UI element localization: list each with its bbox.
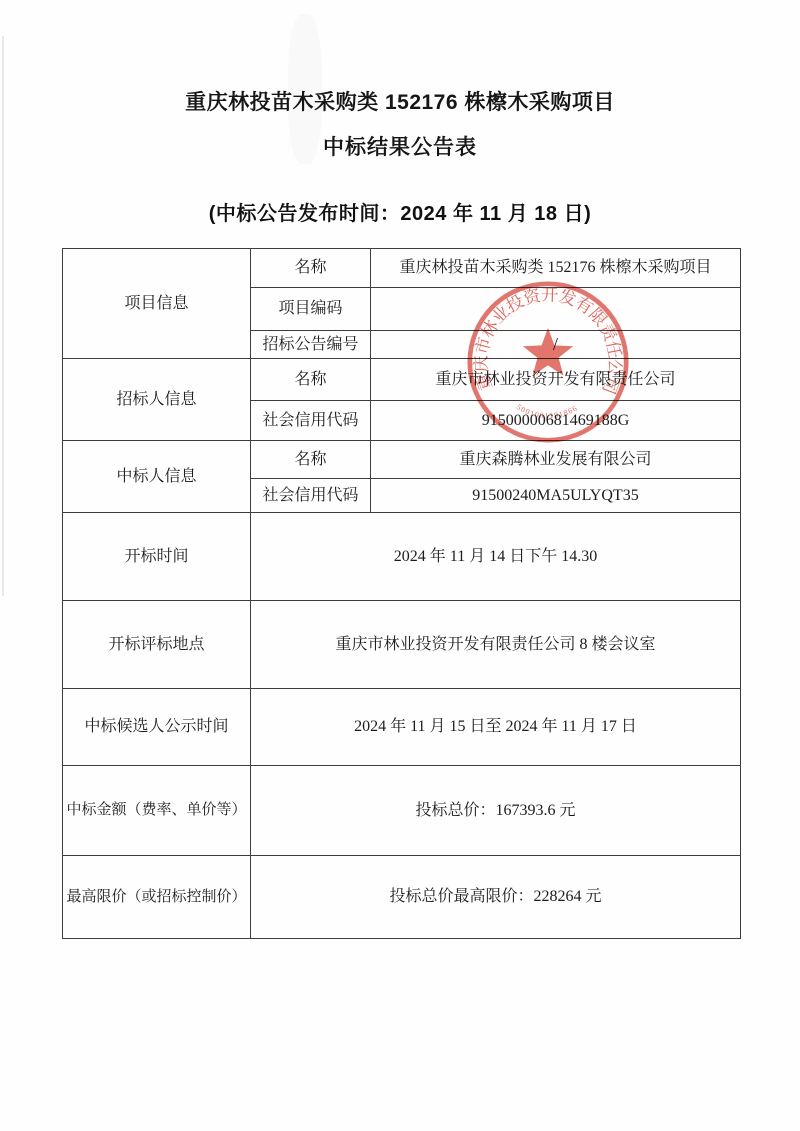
document-page: 重庆林投苗木采购类 152176 株檫木采购项目 中标结果公告表 (中标公告发布… — [0, 0, 800, 1131]
row-label-max-price: 最高限价（或招标控制价） — [62, 855, 251, 939]
sub-label-project-name: 名称 — [250, 248, 371, 288]
document-title: 重庆林投苗木采购类 152176 株檫木采购项目 — [0, 86, 800, 116]
company-seal: 重庆市林业投资开发有限责任公司 5001001191866 — [462, 277, 634, 447]
value-max-price: 投标总价最高限价：228264 元 — [250, 855, 741, 939]
row-label-open-time: 开标时间 — [62, 512, 251, 601]
value-open-time: 2024 年 11 月 14 日下午 14.30 — [250, 512, 741, 601]
result-table: 项目信息 招标人信息 中标人信息 开标时间 开标评标地点 中标候选人公示时间 中… — [62, 248, 741, 939]
sub-label-notice-number: 招标公告编号 — [250, 330, 371, 359]
value-award-amount: 投标总价：167393.6 元 — [250, 765, 741, 856]
sub-label-tenderer-credit: 社会信用代码 — [250, 400, 371, 441]
value-location: 重庆市林业投资开发有限责任公司 8 楼会议室 — [250, 600, 741, 689]
star-icon — [523, 328, 573, 376]
value-publicity-time: 2024 年 11 月 15 日至 2024 年 11 月 17 日 — [250, 688, 741, 766]
scan-artifact-streak — [2, 36, 4, 596]
sub-label-winner-credit: 社会信用代码 — [250, 478, 371, 513]
row-label-award-amount: 中标金额（费率、单价等） — [62, 765, 251, 856]
value-winner-credit: 91500240MA5ULYQT35 — [370, 478, 741, 513]
row-label-tenderer-info: 招标人信息 — [62, 358, 251, 441]
document-subtitle: 中标结果公告表 — [0, 131, 800, 161]
row-label-publicity-time: 中标候选人公示时间 — [62, 688, 251, 766]
row-label-winner-info: 中标人信息 — [62, 440, 251, 513]
seal-serial-text: 5001001191866 — [515, 402, 580, 420]
publish-date-line: (中标公告发布时间：2024 年 11 月 18 日) — [0, 197, 800, 226]
sub-label-project-code: 项目编码 — [250, 287, 371, 331]
row-label-project-info: 项目信息 — [62, 248, 251, 359]
sub-label-tenderer-name: 名称 — [250, 358, 371, 401]
row-label-location: 开标评标地点 — [62, 600, 251, 689]
sub-label-winner-name: 名称 — [250, 440, 371, 479]
